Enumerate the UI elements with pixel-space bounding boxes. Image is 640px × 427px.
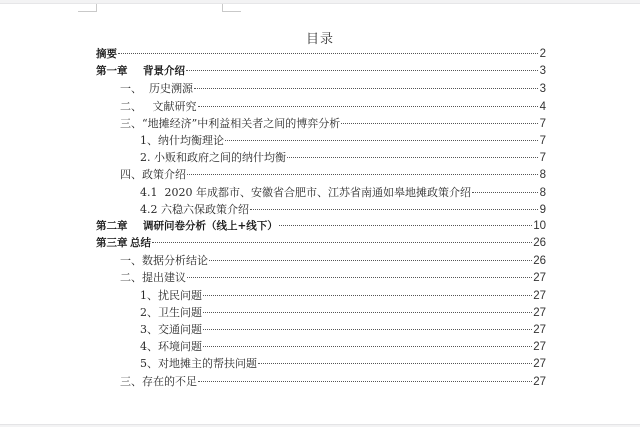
toc-entry-text: 存在的不足: [142, 375, 197, 388]
toc-entry-text: 文献研究: [142, 100, 197, 113]
toc-entry-literature[interactable]: 二、 文献研究 4: [96, 98, 546, 115]
toc-entry-text: 历史溯源: [142, 82, 193, 95]
toc-entry-text: 小贩和政府之间的纳什均衡: [151, 151, 287, 164]
toc-entry-text: 2020 年成都市、安徽省合肥市、江苏省南通如皋地摊政策介绍: [158, 186, 471, 199]
toc-page-number: 27: [533, 270, 546, 287]
dot-leader: [203, 295, 532, 296]
toc-page-number: 8: [539, 185, 546, 202]
toc-entry-label: 4、环境问题: [140, 338, 202, 355]
toc-entry-traffic-issue[interactable]: 3、交通问题 27: [96, 321, 546, 338]
toc-entry-text: 政策介绍: [142, 168, 186, 181]
toc-page-number: 27: [533, 374, 546, 391]
toc-entry-number: 一、: [120, 252, 142, 269]
toc-entry-nash-theory[interactable]: 1、纳什均衡理论 7: [96, 132, 546, 149]
toc-page-number: 27: [533, 339, 546, 356]
toc-page-number: 8: [539, 167, 546, 184]
dot-leader: [152, 242, 532, 243]
dot-leader: [225, 140, 538, 141]
dot-leader: [341, 123, 538, 124]
toc-entry-label: 第一章背景介绍: [96, 63, 185, 80]
toc-entry-text: 摘要: [96, 48, 117, 60]
toc-entry-number: 3、: [140, 321, 158, 338]
toc-entry-number: 2、: [140, 304, 158, 321]
toc-entry-chapter-1[interactable]: 第一章背景介绍 3: [96, 63, 546, 80]
toc-entry-text: 对地摊主的帮扶问题: [158, 357, 257, 370]
toc-entry-label: 二、提出建议: [120, 269, 186, 286]
toc-entry-abstract[interactable]: 摘要 2: [96, 46, 546, 63]
dot-leader: [287, 157, 538, 158]
toc-entry-label: 三、“地摊经济”中利益相关者之间的博弈分析: [120, 115, 340, 132]
toc-entry-label: 2. 小贩和政府之间的纳什均衡: [140, 149, 286, 166]
toc-entry-text: 扰民问题: [158, 289, 202, 302]
toc-page-number: 27: [533, 305, 546, 322]
toc-entry-text: 调研问卷分析（线上+线下）: [143, 220, 278, 232]
toc-entry-text: 交通问题: [158, 323, 202, 336]
dot-leader: [472, 192, 538, 193]
toc-entry-number: 三、: [120, 373, 142, 390]
toc-entry-label: 二、 文献研究: [120, 98, 197, 115]
toc-entry-2020-city-policies[interactable]: 4.1 2020 年成都市、安徽省合肥市、江苏省南通如皋地摊政策介绍 8: [96, 184, 546, 201]
toc-page-number: 2: [539, 46, 546, 63]
toc-entry-label: 4.2 六稳六保政策介绍: [140, 201, 249, 218]
toc-entry-number: 4.1: [140, 184, 158, 201]
dot-leader: [118, 53, 538, 54]
toc-entry-number: 四、: [120, 166, 142, 183]
toc-entry-label: 摘要: [96, 46, 117, 63]
toc-entry-chapter-3[interactable]: 第三章总结 26: [96, 235, 546, 252]
toc-page-number: 27: [533, 356, 546, 373]
toc-entry-label: 三、存在的不足: [120, 373, 197, 390]
table-of-contents: 摘要 2 第一章背景介绍 3 一、 历史溯源 3 二、 文献研究 4 三、“地摊…: [96, 46, 546, 390]
toc-entry-label: 5、对地摊主的帮扶问题: [140, 355, 257, 372]
toc-entry-label: 2、卫生问题: [140, 304, 202, 321]
toc-entry-label: 四、政策介绍: [120, 166, 186, 183]
toc-entry-nash-vendor-government[interactable]: 2. 小贩和政府之间的纳什均衡 7: [96, 149, 546, 166]
toc-title: 目录: [0, 28, 640, 47]
toc-entry-vendor-support-issue[interactable]: 5、对地摊主的帮扶问题 27: [96, 355, 546, 372]
toc-page-number: 7: [539, 133, 546, 150]
toc-page-number: 27: [533, 322, 546, 339]
toc-page-number: 7: [539, 150, 546, 167]
toc-entry-environment-issue[interactable]: 4、环境问题 27: [96, 338, 546, 355]
toc-page-number: 3: [539, 63, 546, 80]
dot-leader: [203, 346, 532, 347]
toc-entry-label: 3、交通问题: [140, 321, 202, 338]
toc-entry-noise-issue[interactable]: 1、扰民问题 27: [96, 287, 546, 304]
toc-entry-number: 5、: [140, 355, 158, 372]
toc-entry-text: 背景介绍: [143, 65, 185, 77]
toc-entry-six-stabilities-policy[interactable]: 4.2 六稳六保政策介绍 9: [96, 201, 546, 218]
toc-entry-number: 二、: [120, 269, 142, 286]
dot-leader: [279, 225, 532, 226]
toc-page-number: 3: [539, 81, 546, 98]
dot-leader: [187, 277, 532, 278]
toc-entry-number: 1、: [140, 287, 158, 304]
document-page: 目录 摘要 2 第一章背景介绍 3 一、 历史溯源 3 二、 文献研究 4 三、…: [0, 3, 640, 425]
toc-entry-text: 环境问题: [158, 340, 202, 353]
dot-leader: [209, 260, 532, 261]
dot-leader: [250, 209, 538, 210]
toc-entry-text: “地摊经济”中利益相关者之间的博弈分析: [142, 117, 340, 130]
toc-entry-suggestions[interactable]: 二、提出建议 27: [96, 269, 546, 286]
toc-entry-number: 第一章: [96, 63, 143, 80]
toc-entry-number: 三、: [120, 115, 142, 132]
toc-entry-number: 二、: [120, 98, 142, 115]
toc-entry-data-conclusion[interactable]: 一、数据分析结论 26: [96, 252, 546, 269]
toc-entry-label: 4.1 2020 年成都市、安徽省合肥市、江苏省南通如皋地摊政策介绍: [140, 184, 471, 201]
dot-leader: [203, 312, 532, 313]
toc-entry-game-analysis[interactable]: 三、“地摊经济”中利益相关者之间的博弈分析 7: [96, 115, 546, 132]
dot-leader: [198, 381, 532, 382]
toc-entry-number: 1、: [140, 132, 158, 149]
dot-leader: [194, 88, 538, 89]
toc-entry-number: 第二章: [96, 218, 143, 235]
toc-entry-label: 1、纳什均衡理论: [140, 132, 224, 149]
margin-corner-mark-top-right: [222, 4, 241, 12]
toc-entry-label: 一、数据分析结论: [120, 252, 208, 269]
toc-entry-label: 第二章调研问卷分析（线上+线下）: [96, 218, 278, 235]
toc-entry-text: 数据分析结论: [142, 254, 208, 267]
toc-entry-hygiene-issue[interactable]: 2、卫生问题 27: [96, 304, 546, 321]
toc-entry-policy[interactable]: 四、政策介绍 8: [96, 166, 546, 183]
toc-page-number: 10: [533, 218, 546, 235]
toc-entry-shortcomings[interactable]: 三、存在的不足 27: [96, 373, 546, 390]
toc-entry-text: 卫生问题: [158, 306, 202, 319]
margin-corner-mark-top-left: [78, 4, 97, 12]
toc-entry-chapter-2[interactable]: 第二章调研问卷分析（线上+线下） 10: [96, 218, 546, 235]
toc-entry-label: 1、扰民问题: [140, 287, 202, 304]
dot-leader: [203, 329, 532, 330]
toc-page-number: 9: [539, 202, 546, 219]
toc-entry-number: 4.2: [140, 201, 158, 218]
dot-leader: [258, 363, 532, 364]
toc-page-number: 7: [539, 116, 546, 133]
toc-entry-number: 一、: [120, 80, 142, 97]
toc-entry-text: 纳什均衡理论: [158, 134, 224, 147]
toc-page-number: 4: [539, 99, 546, 116]
dot-leader: [198, 106, 539, 107]
toc-entry-history[interactable]: 一、 历史溯源 3: [96, 80, 546, 97]
toc-entry-text: 六稳六保政策介绍: [158, 203, 250, 216]
toc-page-number: 26: [533, 235, 546, 252]
toc-page-number: 26: [533, 253, 546, 270]
toc-entry-label: 一、 历史溯源: [120, 80, 193, 97]
dot-leader: [186, 70, 538, 71]
toc-entry-text: 提出建议: [142, 271, 186, 284]
toc-entry-number: 4、: [140, 338, 158, 355]
toc-entry-number: 2.: [140, 149, 151, 166]
toc-entry-number: 第三章: [96, 235, 130, 252]
toc-entry-text: 总结: [130, 237, 151, 249]
toc-entry-label: 第三章总结: [96, 235, 151, 252]
toc-page-number: 27: [533, 288, 546, 305]
dot-leader: [187, 174, 538, 175]
